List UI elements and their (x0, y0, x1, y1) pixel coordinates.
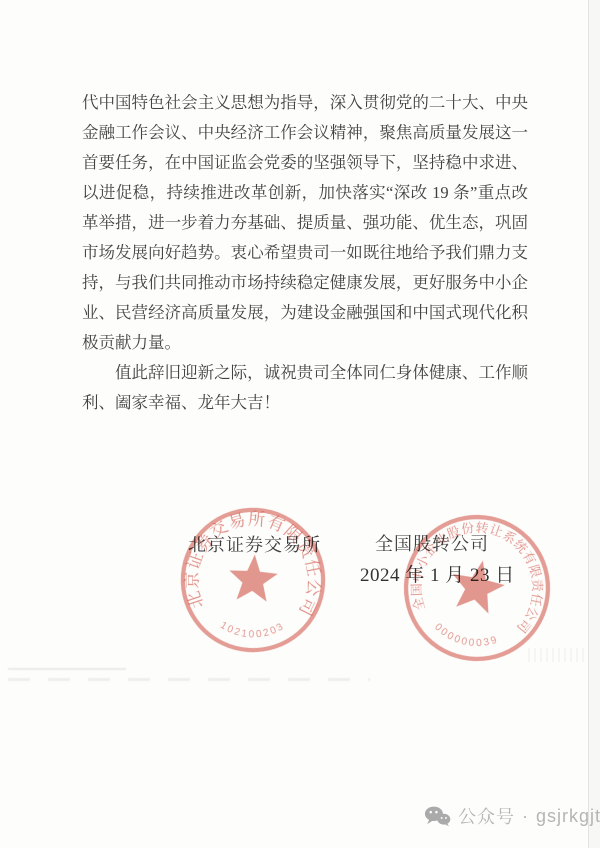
page-edge-shade (589, 0, 600, 848)
body-line: 革举措，进一步着力夯基础、提质量、强功能、优生态，巩固 (82, 208, 528, 238)
wechat-watermark: 公众号 · gsjrkgjt (424, 803, 600, 829)
body-line: 极贡献力量。 (82, 328, 528, 358)
page-edge-line (588, 0, 589, 848)
scan-artifact (8, 678, 370, 681)
scanned-letter-page: 代中国特色社会主义思想为指导，深入贯彻党的二十大、中央 金融工作会议、中央经济工… (0, 0, 600, 848)
star-icon (227, 553, 279, 602)
body-line: 金融工作会议、中央经济工作会议精神，聚焦高质量发展这一 (82, 118, 528, 148)
scan-artifact (8, 668, 126, 670)
star-icon (446, 555, 508, 616)
body-line: 市场发展向好趋势。衷心希望贵司一如既往地给予我们鼎力支 (82, 238, 528, 268)
body-line: 值此辞旧迎新之际，诚祝贵司全体同仁身体健康、工作顺 (82, 358, 528, 388)
official-seal-left: 北京证券交易所有限责任公司 11010210020323 (162, 489, 343, 670)
body-line: 利、阖家幸福、龙年大吉！ (82, 388, 528, 418)
body-line: 首要任务，在中国证监会党委的坚强领导下，坚持稳中求进、 (82, 148, 528, 178)
letter-body: 代中国特色社会主义思想为指导，深入贯彻党的二十大、中央 金融工作会议、中央经济工… (82, 88, 528, 418)
body-line: 代中国特色社会主义思想为指导，深入贯彻党的二十大、中央 (82, 88, 528, 118)
wechat-icon (424, 805, 451, 828)
watermark-separator: · (522, 806, 529, 827)
official-seal-right: 全国中小企业股份转让系统有限责任公司 1100000003978 (375, 486, 579, 690)
watermark-platform: 公众号 (458, 803, 515, 829)
body-line: 持，与我们共同推动市场持续稳定健康发展，更好服务中小企 (82, 268, 528, 298)
body-line: 以进促稳，持续推进改革创新，加快落实“深改 19 条”重点改 (82, 178, 528, 208)
body-line: 业、民营经济高质量发展，为建设金融强国和中国式现代化积 (82, 298, 528, 328)
watermark-account: gsjrkgjt (536, 806, 600, 827)
